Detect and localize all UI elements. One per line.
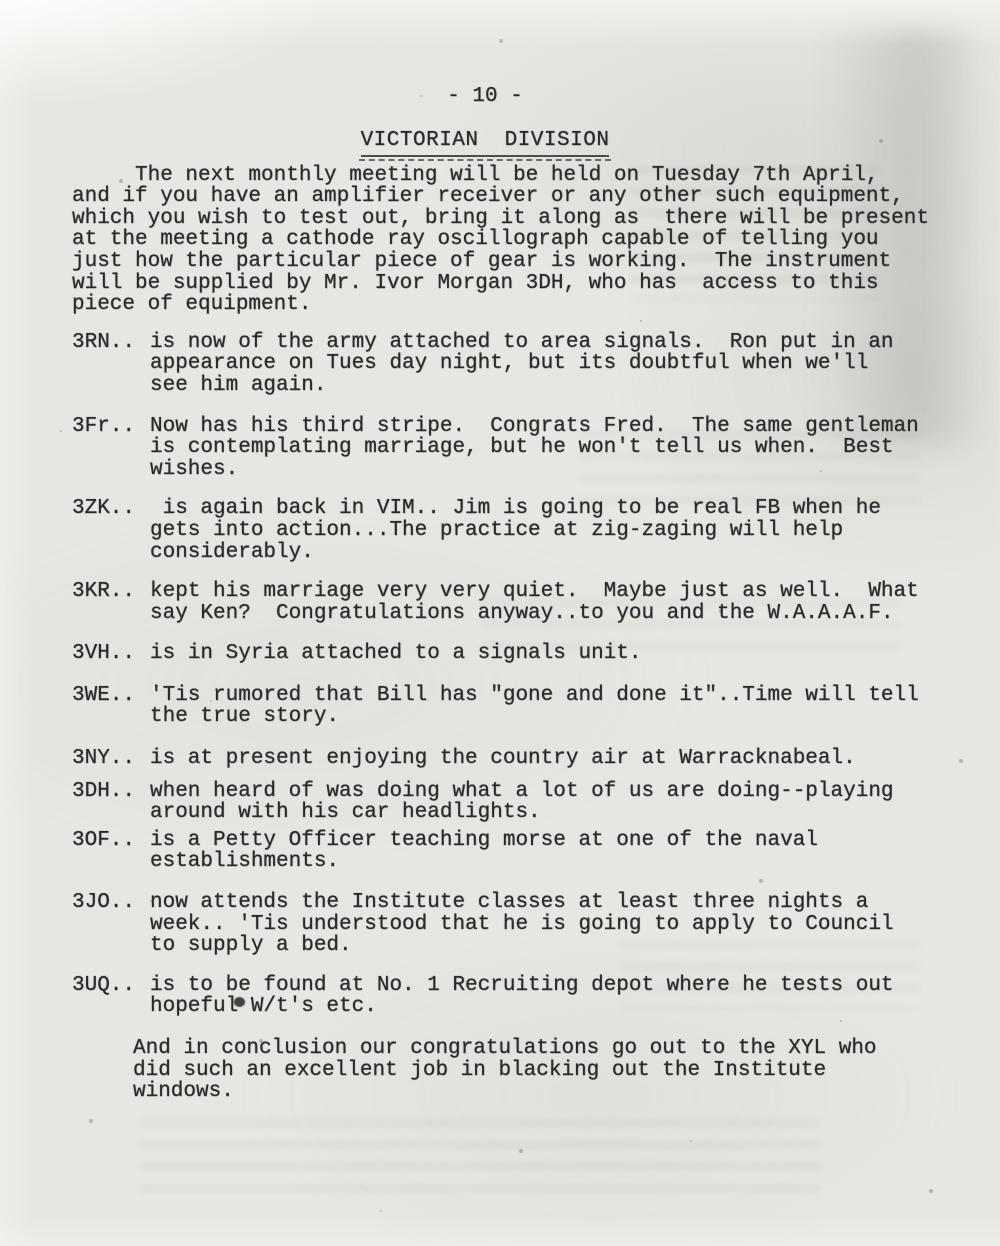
- entry-text: Now has his third stripe. Congrats Fred.…: [150, 416, 942, 481]
- entry-callsign: 3NY..: [72, 748, 150, 770]
- entry-row: 3JO..now attends the Institute classes a…: [72, 892, 942, 957]
- section-heading-text: VICTORIAN DIVISION: [361, 128, 610, 157]
- bleed-through-ghost: [140, 1118, 820, 1198]
- conclusion-paragraph: And in conclusion our congratulations go…: [133, 1038, 942, 1103]
- entry-text: is now of the army attached to area sign…: [150, 332, 942, 397]
- document-page: - 10 - VICTORIAN DIVISION The next month…: [0, 0, 1000, 1246]
- entry-text: is in Syria attached to a signals unit.: [150, 643, 942, 665]
- entry-row: 3ZK.. is again back in VIM.. Jim is goin…: [72, 498, 942, 563]
- entry-callsign: 3ZK..: [72, 498, 150, 563]
- entry-row: 3VH..is in Syria attached to a signals u…: [72, 643, 942, 665]
- intro-paragraph: The next monthly meeting will be held on…: [72, 165, 942, 316]
- entry-callsign: 3WE..: [72, 685, 150, 728]
- entry-callsign: 3KR..: [72, 581, 150, 624]
- entry-callsign: 3RN..: [72, 332, 150, 397]
- entry-callsign: 3UQ..: [72, 975, 150, 1018]
- entry-row: 3KR..kept his marriage very very quiet. …: [72, 581, 942, 624]
- section-heading: VICTORIAN DIVISION: [50, 128, 920, 157]
- entry-row: 3DH..when heard of was doing what a lot …: [72, 781, 942, 824]
- page-number: - 10 -: [50, 86, 920, 108]
- entry-callsign: 3DH..: [72, 781, 150, 824]
- entry-row: 3WE..'Tis rumored that Bill has "gone an…: [72, 685, 942, 728]
- entry-text: now attends the Institute classes at lea…: [150, 892, 942, 957]
- entry-text: when heard of was doing what a lot of us…: [150, 781, 942, 824]
- entry-text: kept his marriage very very quiet. Maybe…: [150, 581, 942, 624]
- callsign-entries: 3RN..is now of the army attached to area…: [72, 332, 942, 1018]
- typewritten-content: - 10 - VICTORIAN DIVISION The next month…: [0, 0, 1000, 1103]
- entry-text: is at present enjoying the country air a…: [150, 748, 942, 770]
- entry-text: is again back in VIM.. Jim is going to b…: [150, 498, 942, 563]
- entry-row: 3OF..is a Petty Officer teaching morse a…: [72, 830, 942, 873]
- entry-text: is to be found at No. 1 Recruiting depot…: [150, 975, 942, 1018]
- entry-callsign: 3JO..: [72, 892, 150, 957]
- entry-text: is a Petty Officer teaching morse at one…: [150, 830, 942, 873]
- entry-row: 3NY..is at present enjoying the country …: [72, 748, 942, 770]
- entry-row: 3UQ..is to be found at No. 1 Recruiting …: [72, 975, 942, 1018]
- entry-row: 3RN..is now of the army attached to area…: [72, 332, 942, 397]
- entry-row: 3Fr..Now has his third stripe. Congrats …: [72, 416, 942, 481]
- entry-callsign: 3Fr..: [72, 416, 150, 481]
- entry-callsign: 3VH..: [72, 643, 150, 665]
- entry-callsign: 3OF..: [72, 830, 150, 873]
- entry-text: 'Tis rumored that Bill has "gone and don…: [150, 685, 942, 728]
